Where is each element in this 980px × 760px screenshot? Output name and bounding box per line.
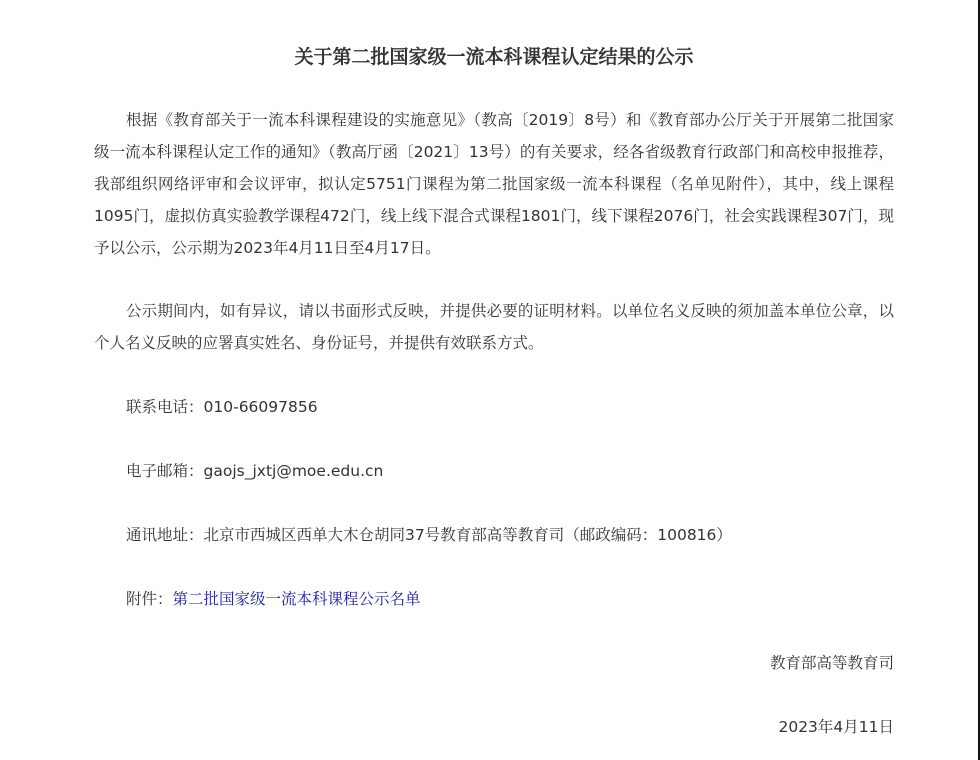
- phone-label: 联系电话：: [126, 398, 204, 416]
- body-paragraph-objection: 公示期间内，如有异议，请以书面形式反映，并提供必要的证明材料。以单位名义反映的须…: [94, 295, 894, 359]
- page-title: 关于第二批国家级一流本科课程认定结果的公示: [94, 42, 894, 69]
- attachment-row: 附件：第二批国家级一流本科课程公示名单: [126, 587, 421, 611]
- contact-email: 电子邮箱：gaojs_jxtj@moe.edu.cn: [126, 459, 383, 483]
- email-label: 电子邮箱：: [126, 462, 204, 480]
- address-label: 通讯地址：: [126, 526, 204, 544]
- phone-value: 010-66097856: [204, 398, 318, 416]
- body-paragraph-announcement: 根据《教育部关于一流本科课程建设的实施意见》（教高〔2019〕8号）和《教育部办…: [94, 104, 894, 264]
- signature-date: 2023年4月11日: [778, 715, 894, 739]
- address-value: 北京市西城区西单大木仓胡同37号教育部高等教育司（邮政编码：100816）: [204, 526, 732, 544]
- attachment-link[interactable]: 第二批国家级一流本科课程公示名单: [173, 590, 421, 608]
- attachment-label: 附件：: [126, 590, 173, 608]
- signature-organization: 教育部高等教育司: [770, 651, 894, 675]
- contact-phone: 联系电话：010-66097856: [126, 395, 318, 419]
- contact-address: 通讯地址：北京市西城区西单大木仓胡同37号教育部高等教育司（邮政编码：10081…: [126, 523, 732, 547]
- email-value: gaojs_jxtj@moe.edu.cn: [204, 462, 384, 480]
